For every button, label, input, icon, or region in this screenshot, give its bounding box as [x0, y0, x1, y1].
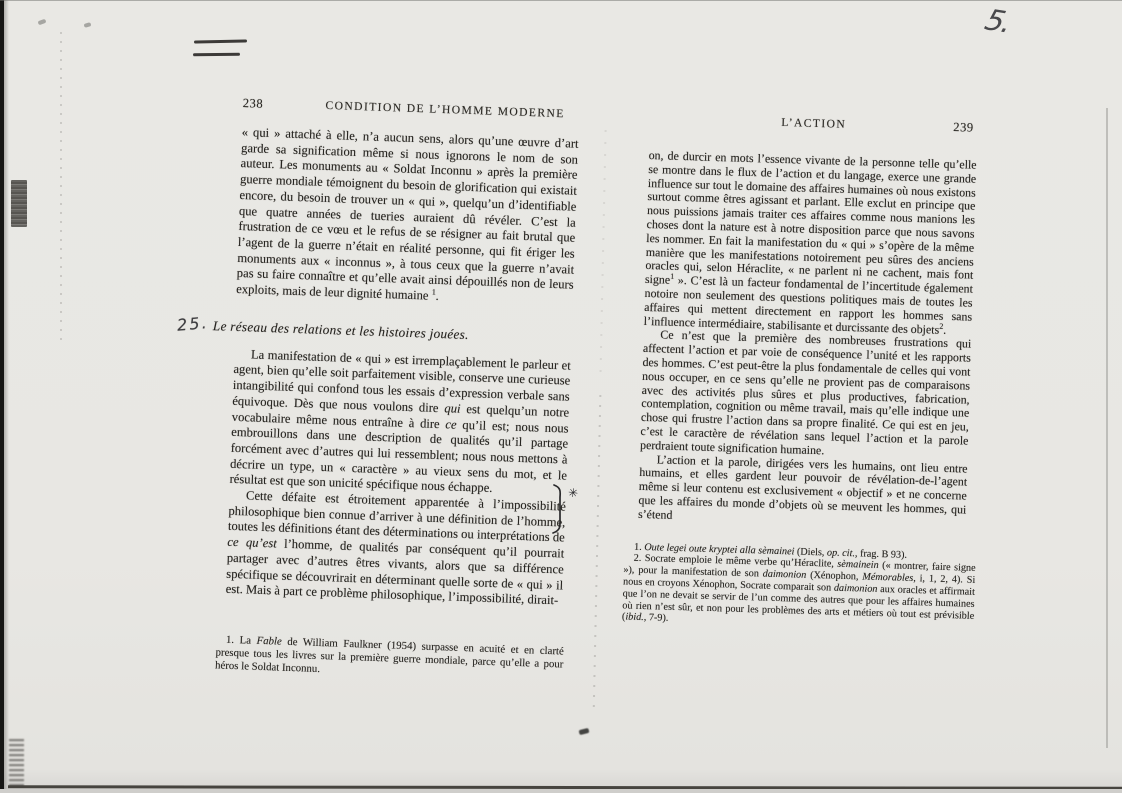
body-paragraph: Ce n’est que la première des nombreuses …	[640, 328, 972, 462]
right-running-head: L’ACTION 239	[649, 112, 977, 139]
right-page-number: 239	[953, 120, 974, 136]
handwritten-mark-5: 5.	[981, 3, 1014, 40]
left-running-title: CONDITION DE L’HOMME MODERNE	[310, 98, 579, 124]
left-page-number: 238	[242, 96, 311, 115]
handwritten-section-number: 25.	[176, 313, 209, 335]
pen-scribble	[579, 728, 590, 735]
pen-stroke	[194, 39, 247, 43]
body-paragraph: on, de durcir en mots l’essence vivante …	[644, 149, 977, 338]
right-running-title: L’ACTION	[781, 116, 846, 131]
footnote: 1. La Fable de William Faulkner (1954) s…	[215, 633, 564, 685]
scanned-book-spread: 5. ✳ 238 CONDITION DE L’HOMME MODERNE « …	[0, 0, 1122, 793]
section-heading: 25. Le réseau des relations et les histo…	[213, 318, 572, 347]
scan-edge-top	[0, 0, 1122, 1]
pen-stroke	[193, 53, 240, 56]
scan-noise-column	[60, 32, 62, 340]
section-heading-text: Le réseau des relations et les histoires…	[213, 318, 469, 342]
left-running-head: 238 CONDITION DE L’HOMME MODERNE	[242, 96, 579, 125]
body-paragraph: La manifestation de « qui » est irrempla…	[229, 347, 571, 500]
scan-speck	[84, 22, 92, 28]
margin-star-icon: ✳	[567, 485, 579, 500]
stamp-artifact	[9, 739, 24, 787]
body-paragraph: Cette défaite est étroitement apparentée…	[225, 488, 566, 610]
left-footnotes: 1. La Fable de William Faulkner (1954) s…	[215, 633, 564, 685]
scanner-smudge	[11, 180, 27, 227]
scan-edge-bottom-strip	[0, 789, 1122, 793]
right-footnotes: 1. Oute legei oute kryptei alla sèmainei…	[622, 541, 976, 634]
gutter-fold-marks	[593, 395, 602, 715]
left-page: 238 CONDITION DE L’HOMME MODERNE « qui »…	[223, 96, 580, 685]
body-paragraph: L’action et la parole, dirigées vers les…	[638, 452, 968, 531]
gutter-fold-marks-upper	[599, 130, 606, 380]
body-paragraph: « qui » attaché à elle, n’a aucun sens, …	[236, 125, 579, 309]
scan-edge-left-shadow	[4, 0, 9, 793]
page-edge-right	[1106, 108, 1108, 748]
footnote: 2. Socrate emploie le même verbe qu’Héra…	[622, 553, 976, 634]
scan-speck	[38, 19, 47, 25]
right-page: L’ACTION 239 on, de durcir en mots l’ess…	[635, 112, 978, 634]
